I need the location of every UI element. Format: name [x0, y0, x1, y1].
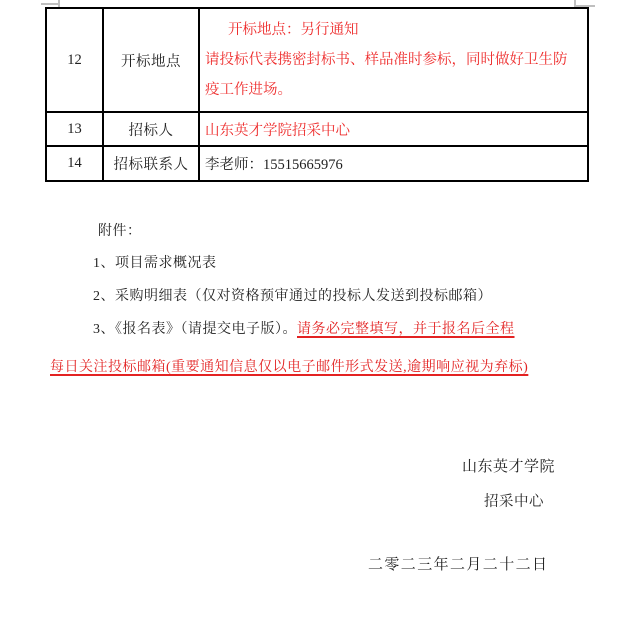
row-label: 招标联系人 [104, 147, 200, 180]
bid-location-notice-line: 开标地点：另行通知 [205, 15, 582, 45]
attachment-item-3-warning: 请务必完整填写，并于报名后全程 [297, 322, 515, 337]
attachment-item-1: 1、项目需求概况表 [93, 252, 217, 272]
tender-info-table: 12 开标地点 开标地点：另行通知 请投标代表携密封标书、样品准时参标，同时做好… [45, 7, 589, 182]
row-label: 开标地点 [104, 9, 200, 111]
table-row-bid-location: 12 开标地点 开标地点：另行通知 请投标代表携密封标书、样品准时参标，同时做好… [47, 9, 587, 113]
bid-instruction-line-2: 疫工作进场。 [205, 75, 582, 105]
signature-organization: 山东英才学院 [462, 455, 555, 476]
warning-continuation-line: 每日关注投标邮箱(重要通知信息仅以电子邮件形式发送,逾期响应视为弃标) [50, 356, 528, 376]
table-row-tenderer: 13 招标人 山东英才学院招采中心 [47, 113, 587, 147]
table-row-contact: 14 招标联系人 李老师：15515665976 [47, 147, 587, 180]
row-value-contact: 李老师：15515665976 [200, 147, 587, 180]
row-number: 12 [47, 9, 104, 111]
attachment-item-2: 2、采购明细表（仅对资格预审通过的投标人发送到投标邮箱） [93, 285, 492, 305]
row-number: 14 [47, 147, 104, 180]
signature-department: 招采中心 [484, 490, 544, 511]
row-number: 13 [47, 113, 104, 145]
row-value-bid-location: 开标地点：另行通知 请投标代表携密封标书、样品准时参标，同时做好卫生防 疫工作进… [200, 9, 587, 111]
signature-date: 二零二三年二月二十二日 [368, 553, 548, 574]
cutoff-gridline-left-vertical [58, 0, 60, 7]
bid-instruction-line-1: 请投标代表携密封标书、样品准时参标，同时做好卫生防 [205, 45, 582, 75]
document-page: 12 开标地点 开标地点：另行通知 请投标代表携密封标书、样品准时参标，同时做好… [0, 0, 633, 631]
row-label: 招标人 [104, 113, 200, 145]
row-value-tenderer: 山东英才学院招采中心 [200, 113, 587, 145]
attachment-item-3-prefix: 3、《报名表》（请提交电子版）。 [93, 322, 297, 337]
attachment-item-3: 3、《报名表》（请提交电子版）。请务必完整填写，并于报名后全程 [93, 318, 515, 338]
attachments-heading: 附件： [98, 220, 142, 240]
